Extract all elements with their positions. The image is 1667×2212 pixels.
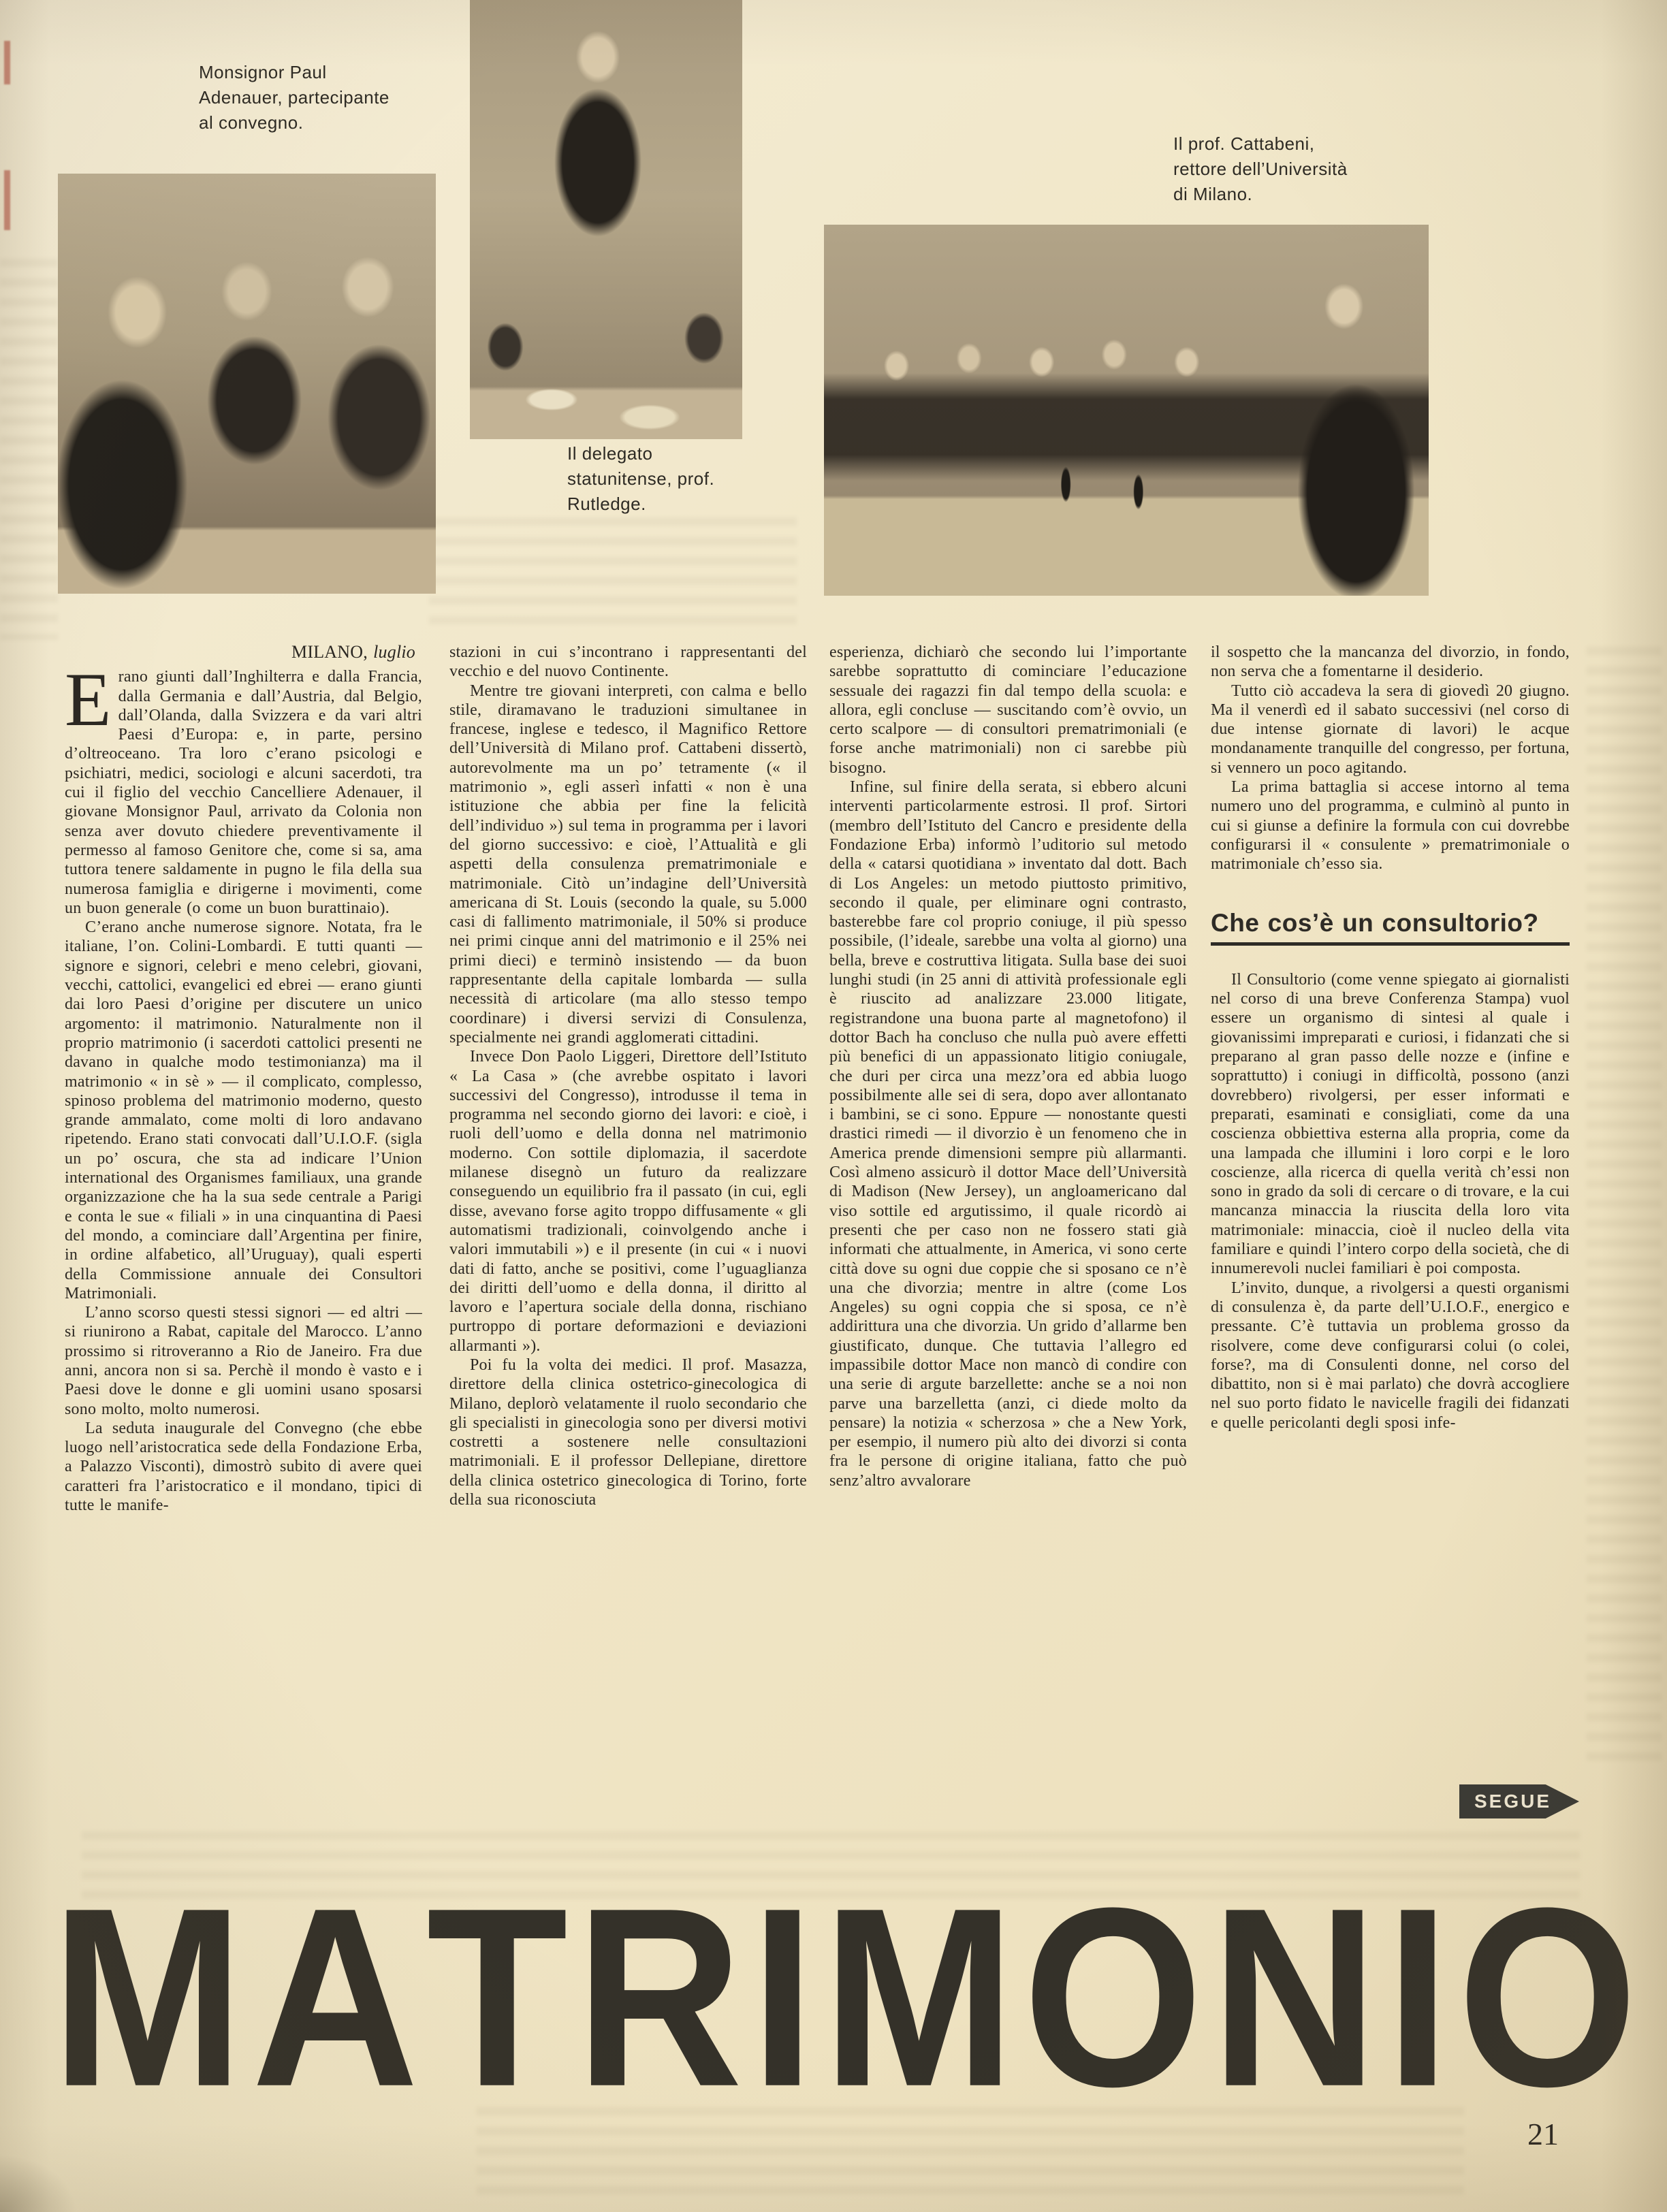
paragraph-text: rano giunti dall’Inghilterra e dalla Fra… — [65, 668, 422, 917]
magazine-page: Monsignor Paul Adenauer, partecipante al… — [0, 0, 1667, 2212]
headline-letter: O — [1457, 1893, 1637, 2102]
caption-line: di Milano. — [1173, 182, 1500, 207]
headline-letter: R — [575, 1893, 743, 2102]
section-heading: Che cos’è un consultorio? — [1211, 914, 1570, 946]
segue-label: SEGUE — [1459, 1791, 1551, 1812]
headline-letter: N — [1211, 1893, 1378, 2102]
headline-letter: I — [750, 1893, 814, 2102]
paragraph: Mentre tre giovani interpreti, con calma… — [449, 682, 807, 1048]
showthrough-ghost — [1587, 647, 1662, 1770]
caption-line: rettore dell’Università — [1173, 157, 1500, 182]
text-column-1: MILANO, luglio Erano giunti dall’Inghilt… — [65, 643, 422, 1821]
caption-line: Il delegato — [567, 441, 812, 466]
margin-mark — [4, 170, 10, 230]
paragraph: Il Consultorio (come venne spiegato ai g… — [1211, 970, 1570, 1279]
headline: MATRIMONIO — [51, 1905, 1638, 2102]
showthrough-ghost — [0, 259, 58, 640]
paragraph: Erano giunti dall’Inghilterra e dalla Fr… — [65, 667, 422, 918]
paragraph: Invece Don Paolo Liggeri, Direttore dell… — [449, 1047, 807, 1356]
caption-line: Adenauer, partecipante — [199, 85, 512, 110]
paragraph: esperienza, dichiarò che secondo lui l’i… — [829, 643, 1187, 778]
headline-letter: A — [251, 1893, 419, 2102]
paragraph: Infine, sul finire della serata, si ebbe… — [829, 778, 1187, 1490]
dateline-month: luglio — [373, 642, 415, 662]
caption-line: al convegno. — [199, 110, 512, 135]
text-column-4: il sospetto che la mancanza del divorzio… — [1211, 643, 1570, 1821]
paragraph: il sospetto che la mancanza del divorzio… — [1211, 643, 1570, 682]
dateline-city: MILANO, — [291, 642, 368, 662]
text-column-2: stazioni in cui s’incontrano i rappresen… — [449, 643, 807, 1821]
paragraph: L’anno scorso questi stessi signori — ed… — [65, 1303, 422, 1419]
headline-letter: M — [823, 1893, 1015, 2102]
headline-letter: T — [426, 1893, 568, 2102]
paragraph: stazioni in cui s’incontrano i rappresen… — [449, 643, 807, 682]
caption-adenauer: Monsignor Paul Adenauer, partecipante al… — [199, 60, 512, 135]
paragraph: La seduta inaugurale del Convegno (che e… — [65, 1419, 422, 1515]
caption-rutledge: Il delegato statunitense, prof. Rutledge… — [567, 441, 812, 517]
caption-line: Il prof. Cattabeni, — [1173, 131, 1500, 157]
drop-cap: E — [65, 667, 118, 728]
margin-mark — [4, 41, 10, 84]
paragraph: C’erano anche numerose signore. Notata, … — [65, 918, 422, 1303]
caption-cattabeni: Il prof. Cattabeni, rettore dell’Univers… — [1173, 131, 1500, 207]
dateline: MILANO, luglio — [65, 643, 422, 662]
photo-congress-panel — [824, 225, 1429, 596]
headline-letter: O — [1023, 1893, 1203, 2102]
showthrough-ghost — [429, 517, 797, 633]
caption-line: Rutledge. — [567, 492, 812, 517]
paragraph: Poi fu la volta dei medici. Il prof. Mas… — [449, 1356, 807, 1509]
headline-letter: I — [1386, 1893, 1450, 2102]
text-column-3: esperienza, dichiarò che secondo lui l’i… — [829, 643, 1187, 1821]
paragraph: La prima battaglia si accese intorno al … — [1211, 778, 1570, 873]
caption-line: Monsignor Paul — [199, 60, 512, 85]
page-number: 21 — [1527, 2116, 1559, 2152]
photo-adenauer — [58, 174, 436, 594]
caption-line: statunitense, prof. — [567, 466, 812, 492]
paragraph: L’invito, dunque, a rivolgersi a questi … — [1211, 1279, 1570, 1432]
paragraph: Tutto ciò accadeva la sera di giovedì 20… — [1211, 682, 1570, 778]
headline-letter: M — [51, 1893, 244, 2102]
